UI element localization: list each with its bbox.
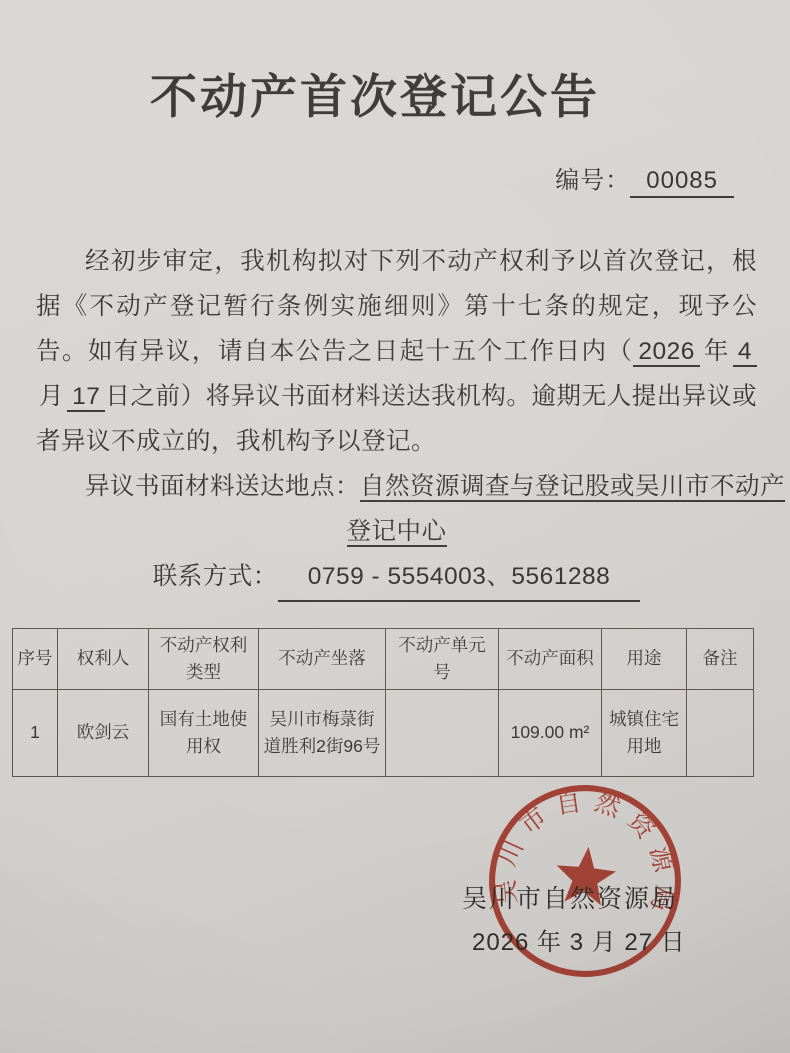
column-header-location: 不动产坐落 (259, 629, 386, 690)
objection-address-line-2: 登记中心 (36, 509, 757, 554)
contact-label: 联系方式： (153, 563, 278, 590)
document-number-line: 编号：00085 (555, 160, 734, 198)
column-header-seq: 序号 (13, 629, 58, 690)
cell-seq: 1 (13, 690, 58, 777)
cell-area: 109.00 m² (499, 690, 602, 777)
cell-right-type: 国有土地使用权 (149, 690, 259, 777)
issuer-name: 吴川市自然资源局 (462, 879, 678, 915)
column-header-unit-no: 不动产单元号 (386, 629, 499, 690)
cell-holder: 欧剑云 (58, 690, 149, 777)
column-header-holder: 权利人 (58, 629, 149, 690)
column-header-area: 不动产面积 (499, 629, 602, 690)
announcement-body: 经初步审定，我机构拟对下列不动产权利予以首次登记，根据《不动产登记暂行条例实施细… (36, 239, 757, 602)
document-number-value: 00085 (630, 167, 734, 198)
deadline-day: 17 (67, 383, 105, 412)
deadline-month-unit: 月 (39, 383, 64, 410)
contact-value: 0759 - 5554003、5561288 (278, 554, 641, 602)
document-title: 不动产首次登记公告 (0, 60, 750, 127)
contact-line: 联系方式：0759 - 5554003、5561288 (36, 554, 757, 602)
registry-table: 序号 权利人 不动产权利类型 不动产坐落 不动产单元号 不动产面积 用途 备注 … (12, 628, 754, 777)
column-header-usage: 用途 (602, 629, 687, 690)
cell-location: 吴川市梅菉街道胜利2街96号 (259, 690, 386, 777)
cell-remark (687, 690, 754, 777)
objection-address-value-1: 自然资源调查与登记股或吴川市不动产 (360, 473, 785, 502)
cell-unit-no (386, 690, 499, 777)
table-row: 1 欧剑云 国有土地使用权 吴川市梅菉街道胜利2街96号 109.00 m² 城… (13, 690, 754, 777)
announcement-paragraph: 经初步审定，我机构拟对下列不动产权利予以首次登记，根据《不动产登记暂行条例实施细… (36, 239, 757, 464)
cell-usage: 城镇住宅用地 (602, 690, 687, 777)
document-page: 不动产首次登记公告 编号：00085 经初步审定，我机构拟对下列不动产权利予以首… (0, 0, 790, 1053)
deadline-year-unit: 年 (703, 338, 730, 365)
column-header-right-type: 不动产权利类型 (149, 629, 259, 690)
column-header-remark: 备注 (687, 629, 754, 690)
objection-address-value-2: 登记中心 (347, 518, 447, 547)
deadline-year: 2026 (633, 338, 700, 367)
document-number-label: 编号： (555, 167, 630, 194)
table-header-row: 序号 权利人 不动产权利类型 不动产坐落 不动产单元号 不动产面积 用途 备注 (13, 629, 754, 690)
objection-address-label: 异议书面材料送达地点： (85, 473, 360, 500)
deadline-month: 4 (733, 338, 757, 367)
objection-address-line: 异议书面材料送达地点：自然资源调查与登记股或吴川市不动产 (36, 464, 757, 509)
issue-date: 2026 年 3 月 27 日 (472, 922, 686, 957)
paragraph-part2: 日之前）将异议书面材料送达我机构。逾期无人提出异议或者异议不成立的，我机构予以登… (36, 383, 757, 455)
